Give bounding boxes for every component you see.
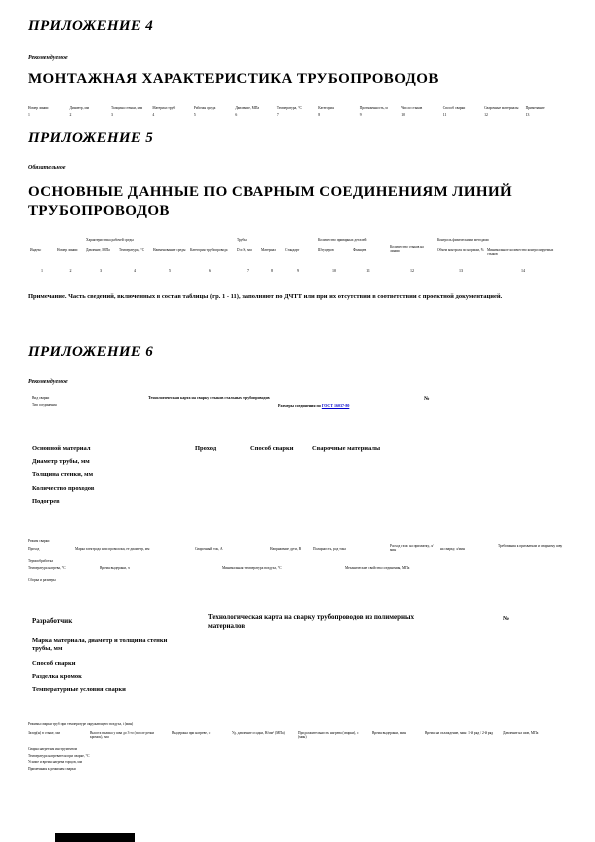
regime-col: на сварку, л/мин: [440, 547, 480, 551]
form-label: Подогрев: [32, 498, 152, 506]
document-page: ПРИЛОЖЕНИЕ 4 Рекомендуемое МОНТАЖНАЯ ХАР…: [0, 0, 595, 842]
regime-col: Сварочный ток, А: [195, 547, 255, 551]
regime-col: Требования к прихваткам и сварному шву: [498, 544, 578, 548]
group-header-welded: Количество приварных деталей: [318, 238, 388, 242]
regime-col: Расход газа: на прихватку, л/мин: [390, 544, 435, 553]
pass-label: Проход: [195, 445, 216, 453]
col-number: 3: [86, 268, 116, 273]
col-number: 7: [237, 268, 259, 273]
table-column: Категория8: [318, 106, 354, 117]
col-header: Температура, °С: [119, 248, 151, 252]
polymer-card-number-sign: №: [503, 616, 509, 622]
gost-16037-link[interactable]: ГОСТ 16037-80: [322, 403, 350, 408]
group-header-pipes: Трубы: [237, 238, 307, 242]
regime-col: Механические свойства соединения, МПа: [345, 566, 440, 570]
appendix5-title: ПРИЛОЖЕНИЕ 5: [28, 130, 153, 147]
col-header: Давление, МПа: [86, 248, 116, 252]
col-header: Индекс: [30, 248, 54, 252]
col-header: Объем контроля по нормам, %: [437, 248, 485, 252]
polymer-col: Уд. давление осадки, Н/мм² (МПа): [232, 731, 292, 735]
polymer-col: Выдержка при нагреве, с: [172, 731, 227, 735]
appendix5-note: Примечание. Часть сведений, включенных в…: [28, 292, 576, 302]
table-column: Рабочая среда5: [194, 106, 230, 117]
form-label: Диаметр трубы, мм: [32, 458, 152, 466]
form-label: Количество проходов: [32, 485, 152, 493]
steel-card-title: Технологическая карта на сварку стыков с…: [148, 396, 283, 401]
col-header: Минимальное количество контролируемых ст…: [487, 248, 559, 257]
regime-col: Температура нагрева, °С: [28, 566, 93, 570]
table-column: Диаметр, мм2: [69, 106, 105, 117]
method-label: Способ сварки: [250, 445, 293, 453]
col-header: Фланцев: [353, 248, 383, 252]
col-header: Номер линии: [57, 248, 84, 252]
regime-col: Время выдержки, ч: [100, 566, 155, 570]
regime-col: Полярность, род тока: [313, 547, 363, 551]
col-number: 8: [261, 268, 283, 273]
table-column: Толщина стенки, мм3: [111, 106, 147, 117]
col-number: 14: [487, 268, 559, 273]
appendix4-table: Номер линии1 Диаметр, мм2 Толщина стенки…: [28, 106, 562, 117]
polymer-row-label: Усилие и время нагрева торцов, мм: [28, 760, 168, 764]
col-number: 2: [57, 268, 84, 273]
regime-section-label: Сборка и размеры: [28, 578, 88, 582]
polymer-col: Давление на шов, МПа: [503, 731, 563, 735]
regime-col: Марка электрода или проволоки, ее диамет…: [75, 547, 185, 551]
table-column: Протяженность, м9: [360, 106, 396, 117]
appendix4-heading: МОНТАЖНАЯ ХАРАКТЕРИСТИКА ТРУБОПРОВОДОВ: [28, 70, 573, 89]
dimensions-prefix: Размеры соединения по: [278, 403, 322, 408]
col-number: 4: [119, 268, 151, 273]
table-column: Число стыков10: [401, 106, 437, 117]
col-header: Стандарт: [285, 248, 311, 252]
appendix4-type-label: Рекомендуемое: [28, 55, 68, 61]
group-header-media: Характеристика рабочей среды: [86, 238, 196, 242]
steel-card-number-sign: №: [424, 396, 430, 402]
polymer-col: Время на охлаждение, мин: 1-й ряд / 2-й …: [425, 731, 497, 735]
dimensions-reference: Размеры соединения по ГОСТ 16037-80: [278, 404, 378, 409]
polymer-card-title: Технологическая карта на сварку трубопро…: [208, 613, 443, 630]
form-label: Толщина стенки, мм: [32, 471, 152, 479]
appendix4-title: ПРИЛОЖЕНИЕ 4: [28, 18, 153, 35]
col-number: 9: [285, 268, 311, 273]
scan-artifact-bar: [55, 833, 135, 842]
col-number: 1: [30, 268, 54, 273]
polymer-row-label: Температура нагревателя при сварке, °С: [28, 754, 158, 758]
table-column: Сварочные материалы12: [484, 106, 520, 117]
col-number: 11: [353, 268, 383, 273]
regime-section-label: Термообработка: [28, 559, 88, 563]
polymer-col: Высота валика у шва до 3-го (после резки…: [90, 731, 165, 740]
polymer-col: Зазор(ы) в стыке, мм: [28, 731, 83, 735]
polymer-col: Время выдержки, мин: [372, 731, 420, 735]
form-label: Основной материал: [32, 445, 152, 453]
col-header: Штуцеров: [318, 248, 350, 252]
table-column: Примечание13: [526, 106, 562, 117]
col-number: 5: [153, 268, 187, 273]
steel-card-left-line2: Тип соединения: [32, 403, 92, 407]
col-header: Категория трубопровода: [190, 248, 230, 252]
appendix5-heading: ОСНОВНЫЕ ДАННЫЕ ПО СВАРНЫМ СОЕДИНЕНИЯМ Л…: [28, 183, 576, 221]
col-header: D и S, мм: [237, 248, 259, 252]
form-label: Температурные условия сварки: [32, 686, 192, 694]
col-number: 6: [190, 268, 230, 273]
developer-label: Разработчик: [32, 617, 112, 625]
col-header: Материал: [261, 248, 283, 252]
regime-col: Напряжение дуги, В: [270, 547, 308, 551]
regime-section-label: Режим сварки: [28, 539, 88, 543]
col-header: Наименование среды: [153, 248, 187, 252]
steel-card-left-line1: Вид сварки: [32, 396, 92, 400]
col-header: Количество стыков на линии: [390, 245, 434, 254]
form-label: Разделка кромок: [32, 673, 182, 681]
group-header-control: Контроль физическими методами: [437, 238, 557, 242]
table-column: Температура, °С7: [277, 106, 313, 117]
col-number: 12: [390, 268, 434, 273]
form-label: Способ сварки: [32, 660, 182, 668]
polymer-col: Продолжительность нагрева (сварки), с (м…: [298, 731, 366, 740]
col-number: 10: [318, 268, 350, 273]
polymer-row-label: Сварка нагретым инструментом: [28, 747, 148, 751]
table-column: Номер линии1: [28, 106, 64, 117]
form-label: Марка материала, диаметр и толщина стенк…: [32, 637, 182, 653]
regime-col: Проход: [28, 547, 68, 551]
polymer-table-header: Режимы сварки труб при температуре окруж…: [28, 722, 188, 726]
table-column: Давление, МПа6: [235, 106, 271, 117]
appendix6-type-label: Рекомендуемое: [28, 379, 68, 385]
table-column: Способ сварки11: [443, 106, 479, 117]
appendix6-title: ПРИЛОЖЕНИЕ 6: [28, 344, 153, 361]
regime-col: Минимальная температура воздуха, °С: [222, 566, 297, 570]
materials-label: Сварочные материалы: [312, 445, 380, 453]
polymer-row-label: Примечания к режимам сварки: [28, 767, 138, 771]
appendix5-type-label: Обязательное: [28, 165, 66, 171]
table-column: Материал труб4: [152, 106, 188, 117]
col-number: 13: [437, 268, 485, 273]
